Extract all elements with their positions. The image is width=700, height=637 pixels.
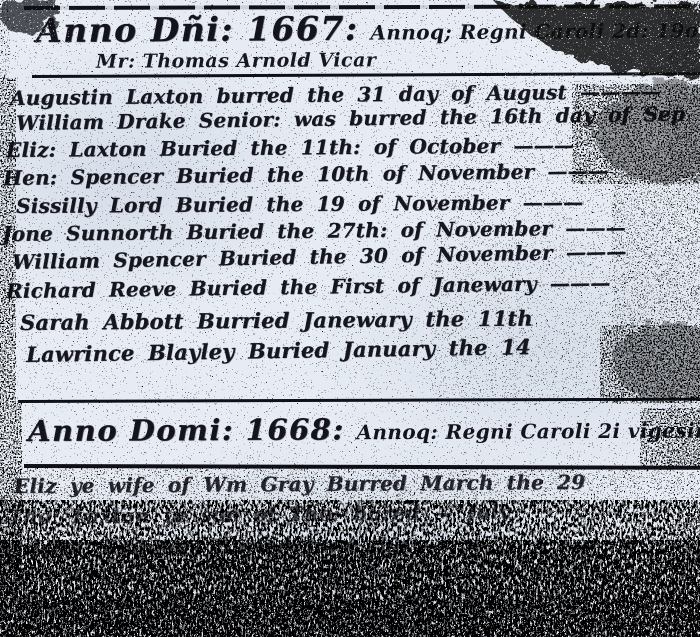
burial-entry: Sarah Abbott Burried Janewary the 11th [20, 306, 533, 335]
ruled-line-under-heading-1667 [32, 72, 700, 78]
heading-regnal-1668: Annoq: Regni Caroli 2i vigesimo [356, 418, 700, 444]
section-heading-1667: Anno Dñi: 1667:Annoq; Regni Caroli 2d: 1… [36, 6, 699, 50]
scanned-register-page: Anno Dñi: 1667:Annoq; Regni Caroli 2d: 1… [0, 0, 700, 637]
section-heading-1668: Anno Domi: 1668:Annoq: Regni Caroli 2i v… [28, 410, 700, 448]
ruled-line-above-heading-1668 [18, 398, 700, 403]
burial-entry: Richard Reeve Buried the First of Janewa… [6, 271, 611, 303]
heading-year-1668: Anno Domi: 1668: [28, 412, 345, 448]
illegible-line [15, 563, 635, 581]
ruled-line-under-heading-1668 [24, 464, 700, 470]
heading-regnal-1667: Annoq; Regni Caroli 2d: 19o [370, 18, 698, 44]
illegible-line [30, 594, 610, 612]
vicar-line: Mr: Thomas Arnold Vicar [96, 49, 377, 72]
burial-entry: Sissilly Lord Buried the 19 of November … [16, 190, 583, 218]
burial-entry: John Simmons Buried June the — [30, 532, 440, 560]
burial-entry: Hen: Spencer Buried the 10th of November… [3, 159, 608, 190]
heading-year-1667: Anno Dñi: 1667: [36, 9, 359, 50]
burial-entry: Tho: Laxton ye son of Tho: bured — July [8, 500, 511, 529]
illegible-line [60, 616, 540, 633]
burial-entry: Eliz: Laxton Buried the 11th: of October… [6, 133, 574, 162]
burial-entry: Lawrince Blayley Buried January the 14 [26, 334, 531, 367]
burial-entry: Eliz ye wife of Wm Gray Burred March the… [14, 470, 585, 498]
